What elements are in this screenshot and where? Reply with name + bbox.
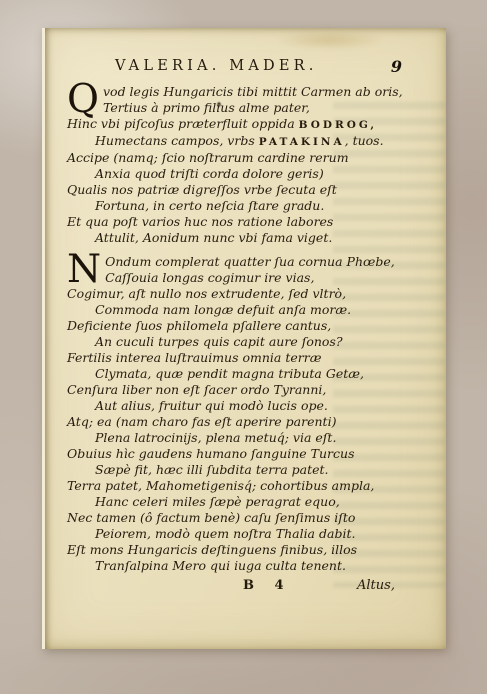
- line-text: Attulit, Aonidum nunc vbi fama viget.: [95, 230, 332, 245]
- spaced-caps-text: BODROG,: [299, 119, 377, 131]
- line-text: Aut alius, fruitur qui modò lucis ope.: [95, 398, 328, 413]
- line-text: An cuculi turpes quis capit aure ſonos?: [95, 334, 343, 349]
- poem-line: vod legis Hungaricis tibi mittit Carmen …: [67, 84, 419, 100]
- signature-mark: B 4: [243, 578, 292, 593]
- line-text: Fertilis interea luſtrauimus omnia terræ: [67, 350, 321, 365]
- poem-line: Humectans campos, vrbs PATAKINA, tuos.: [67, 133, 419, 150]
- poem-line: Eſt mons Hungaricis deſtinguens finibus,…: [67, 542, 419, 558]
- line-text: Hanc celeri miles ſæpè peragrat equo,: [95, 494, 340, 509]
- line-text: Accipe (namq; ſcio noſtrarum cardine rer…: [67, 150, 349, 165]
- poem-line: Anxia quod triſti corda dolore geris): [67, 166, 419, 182]
- poem-line: Qualis nos patriæ digreſſos vrbe ſecuta …: [67, 182, 419, 198]
- line-text: Terra patet, Mahometigenisq́; cohortibus…: [67, 478, 374, 493]
- poem-line: Cenſura liber non eſt ſacer ordo Tyranni…: [67, 382, 419, 398]
- poem-line: Attulit, Aonidum nunc vbi fama viget.: [67, 230, 419, 246]
- poem-line: Hanc celeri miles ſæpè peragrat equo,: [67, 494, 419, 510]
- scan-background: VALERIA. MADER. 9 Qvod legis Hungaricis …: [0, 0, 487, 694]
- poem-line: Et qua poſt varios huc nos ratione labor…: [67, 214, 419, 230]
- line-text: Qualis nos patriæ digreſſos vrbe ſecuta …: [67, 182, 337, 197]
- line-text: Cenſura liber non eſt ſacer ordo Tyranni…: [67, 382, 326, 397]
- poem-line: Hinc vbi piſcoſus præterfluit oppida BOD…: [67, 116, 419, 133]
- line-text: Clymata, quæ pendit magna tributa Getæ,: [95, 366, 364, 381]
- poem-line: Tertius à primo filius alme pater,: [67, 100, 419, 116]
- line-text: Obuius hìc gaudens humano ſanguine Turcu…: [67, 446, 355, 461]
- line-text: Ondum complerat quatter ſua cornua Phœbe…: [105, 254, 395, 269]
- line-text: Anxia quod triſti corda dolore geris): [95, 166, 324, 181]
- poem-line: Fortuna, in certo neſcia ſtare gradu.: [67, 198, 419, 214]
- line-text: , tuos.: [345, 133, 384, 148]
- line-text: Deficiente ſuos philomela pſallere cantu…: [67, 318, 331, 333]
- line-text: Cogimur, aſt nullo nos extrudente, ſed v…: [67, 286, 346, 301]
- page-footer: B 4 Altus,: [67, 578, 427, 598]
- line-text: Caſſouia longas cogimur ire vias,: [105, 270, 314, 285]
- line-text: Sæpè fit, hæc illi ſubdita terra patet.: [95, 462, 329, 477]
- poem-line: Sæpè fit, hæc illi ſubdita terra patet.: [67, 462, 419, 478]
- spaced-caps-text: PATAKINA: [259, 136, 345, 148]
- book-page: VALERIA. MADER. 9 Qvod legis Hungaricis …: [42, 28, 446, 649]
- poem-line: Tranſalpina Mero qui iuga culta tenent.: [67, 558, 419, 574]
- running-header: VALERIA. MADER.: [115, 58, 318, 74]
- paper-stain: [275, 30, 385, 50]
- line-text: Et qua poſt varios huc nos ratione labor…: [67, 214, 333, 229]
- line-text: Tranſalpina Mero qui iuga culta tenent.: [95, 558, 346, 573]
- poem-line: Deficiente ſuos philomela pſallere cantu…: [67, 318, 419, 334]
- poem-line: Caſſouia longas cogimur ire vias,: [67, 270, 419, 286]
- poem-line: Cogimur, aſt nullo nos extrudente, ſed v…: [67, 286, 419, 302]
- poem-line: Accipe (namq; ſcio noſtrarum cardine rer…: [67, 150, 419, 166]
- line-text: Atq; ea (nam charo fas eſt aperire paren…: [67, 414, 336, 429]
- drop-cap: N: [67, 254, 105, 286]
- line-text: Humectans campos, vrbs: [95, 133, 259, 148]
- poem-line: Ondum complerat quatter ſua cornua Phœbe…: [67, 254, 419, 270]
- drop-cap: Q: [67, 84, 103, 116]
- line-text: Tertius à primo filius alme pater,: [103, 100, 310, 115]
- poem: Qvod legis Hungaricis tibi mittit Carmen…: [67, 84, 419, 574]
- poem-line: Peiorem, modò quem noſtra Thalia dabit.: [67, 526, 419, 542]
- line-text: Hinc vbi piſcoſus præterfluit oppida: [67, 116, 299, 131]
- poem-line: Terra patet, Mahometigenisq́; cohortibus…: [67, 478, 419, 494]
- page-number: 9: [391, 57, 402, 76]
- poem-line: Nec tamen (ô factum benè) caſu ſenſimus …: [67, 510, 419, 526]
- line-text: Fortuna, in certo neſcia ſtare gradu.: [95, 198, 324, 213]
- line-text: Commoda nam longæ defuit anſa moræ.: [95, 302, 351, 317]
- catchword: Altus,: [357, 578, 395, 593]
- poem-line: Obuius hìc gaudens humano ſanguine Turcu…: [67, 446, 419, 462]
- line-text: Peiorem, modò quem noſtra Thalia dabit.: [95, 526, 355, 541]
- poem-line: Atq; ea (nam charo fas eſt aperire paren…: [67, 414, 419, 430]
- stanza: NOndum complerat quatter ſua cornua Phœb…: [67, 254, 419, 574]
- poem-line: Fertilis interea luſtrauimus omnia terræ: [67, 350, 419, 366]
- stanza: Qvod legis Hungaricis tibi mittit Carmen…: [67, 84, 419, 246]
- line-text: vod legis Hungaricis tibi mittit Carmen …: [103, 84, 403, 99]
- poem-line: Commoda nam longæ defuit anſa moræ.: [67, 302, 419, 318]
- line-text: Plena latrocinijs, plena metuq́; via eſt…: [95, 430, 336, 445]
- poem-line: Aut alius, fruitur qui modò lucis ope.: [67, 398, 419, 414]
- poem-line: Clymata, quæ pendit magna tributa Getæ,: [67, 366, 419, 382]
- line-text: Eſt mons Hungaricis deſtinguens finibus,…: [67, 542, 357, 557]
- poem-line: Plena latrocinijs, plena metuq́; via eſt…: [67, 430, 419, 446]
- poem-line: An cuculi turpes quis capit aure ſonos?: [67, 334, 419, 350]
- line-text: Nec tamen (ô factum benè) caſu ſenſimus …: [67, 510, 355, 525]
